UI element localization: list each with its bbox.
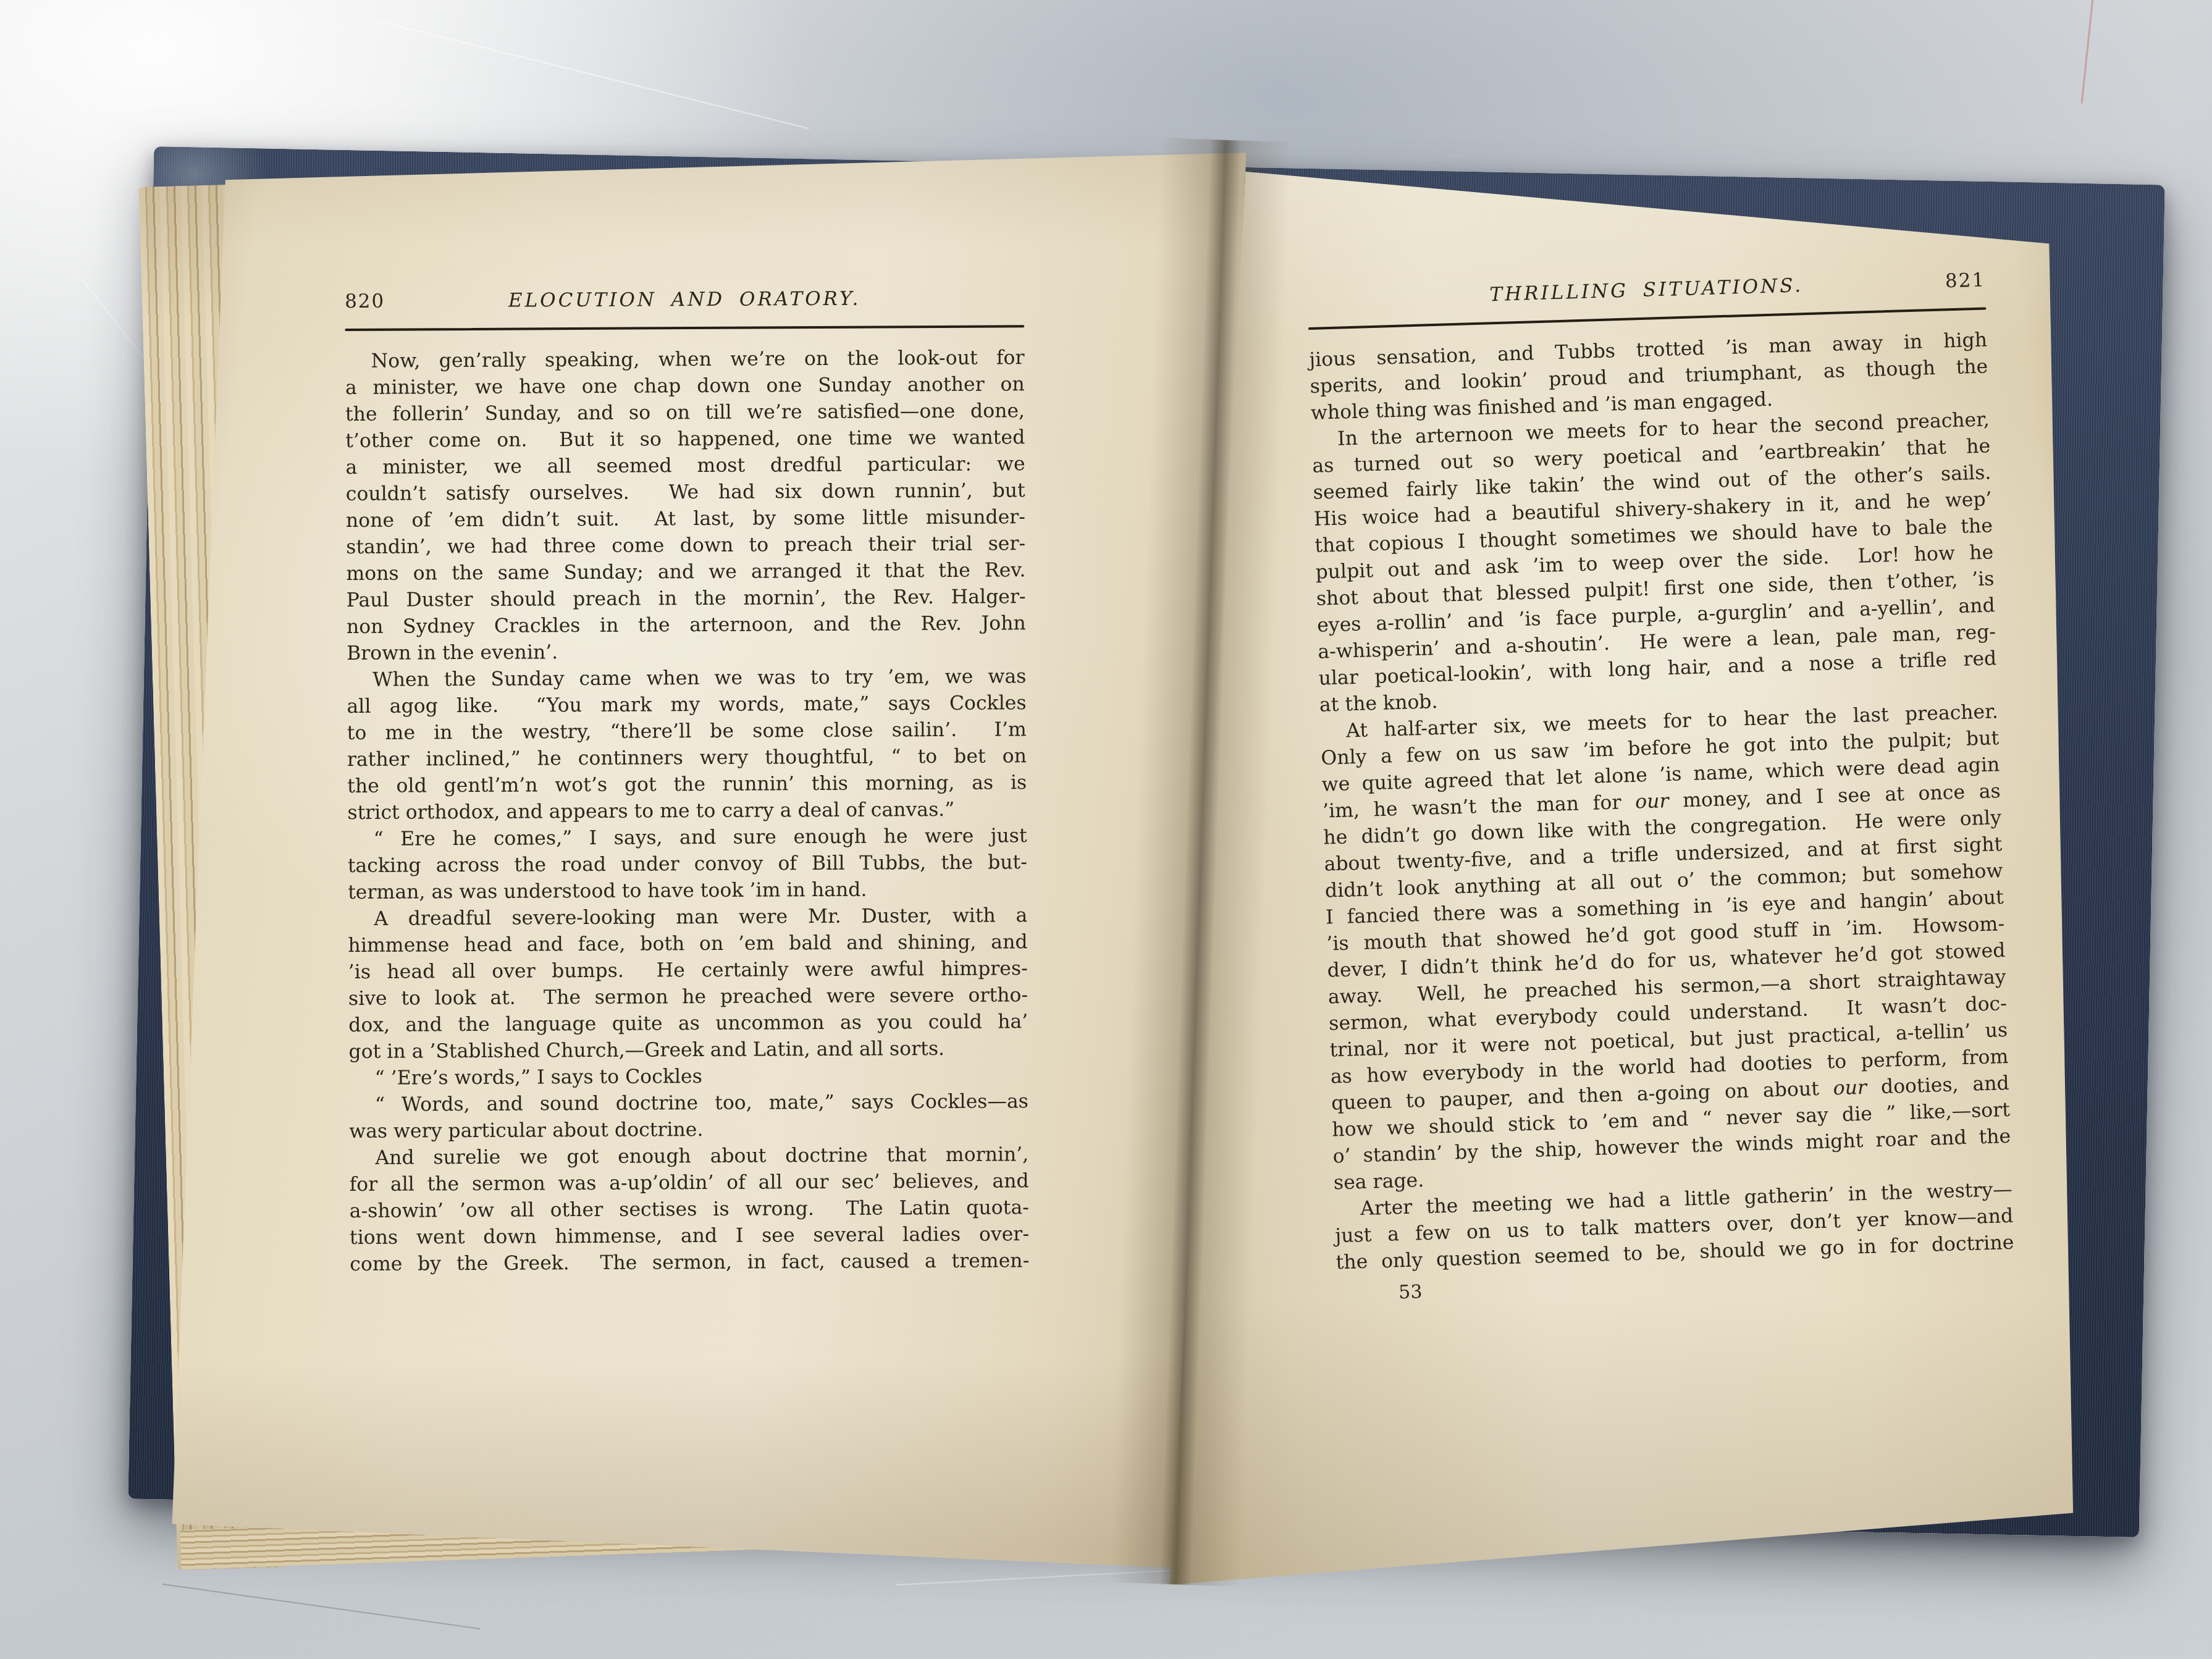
text-line: a minister, we have one chap down one Su… — [345, 371, 1025, 401]
header-spacer — [944, 304, 1024, 304]
text-line: sive to look at. The sermon he preached … — [348, 982, 1028, 1012]
text-line: to me in the westry, “there’ll be some c… — [347, 716, 1027, 747]
text-line: t’other come on. But it so happened, one… — [345, 424, 1025, 455]
right-page-print: THRILLING SITUATIONS. 821 jious sensatio… — [1307, 269, 2015, 1308]
text-line: all agog like. “You mark my words, mate,… — [347, 690, 1026, 720]
text-line: Paul Duster should preach in the mornin’… — [347, 584, 1026, 614]
text-line: non Sydney Crackles in the arternoon, an… — [347, 610, 1026, 640]
text-line: Now, gen’rally speaking, when we’re on t… — [345, 345, 1024, 375]
book-photo: { "colors": { "surface_gray": "#cbd0d4",… — [0, 0, 2212, 1659]
text-line: strict orthodox, and appears to me to ca… — [347, 796, 1027, 826]
text-line: mons on the same Sunday; and we arranged… — [346, 557, 1025, 587]
left-page-header: 820 ELOCUTION AND ORATORY. — [345, 287, 1024, 320]
text-line: a-showin’ ’ow all other sectises is wron… — [350, 1195, 1029, 1225]
text-line: was wery particular about doctrine. — [349, 1115, 1028, 1145]
left-page-number: 820 — [345, 290, 425, 313]
header-rule — [345, 325, 1024, 331]
text-line: a minister, we all seemed most dredful p… — [345, 451, 1025, 481]
surface-scratch — [377, 20, 809, 129]
left-page-print: 820 ELOCUTION AND ORATORY. Now, gen’rall… — [345, 287, 1029, 1278]
text-line: tions went down himmense, and I see seve… — [350, 1221, 1029, 1251]
left-page-body: Now, gen’rally speaking, when we’re on t… — [345, 345, 1029, 1278]
text-line: none of ’em didn’t suit. At last, by som… — [346, 504, 1025, 534]
text-line: rather inclined,” he continners wery tho… — [347, 743, 1027, 773]
text-line: A dreadful severe-looking man were Mr. D… — [348, 902, 1027, 933]
surface-scratch — [162, 1584, 480, 1629]
text-line: himmense head and face, both on ’em bald… — [348, 929, 1027, 959]
text-line: couldn’t satisfy ourselves. We had six d… — [346, 477, 1025, 508]
right-page-body: jious sensation, and Tubbs trotted ’is m… — [1309, 327, 2014, 1276]
right-page: THRILLING SITUATIONS. 821 jious sensatio… — [1166, 146, 2088, 1585]
text-line: ’is head all over bumps. He certainly we… — [348, 955, 1028, 986]
header-spacer — [1308, 304, 1388, 306]
text-line: standin’, we had three come down to prea… — [346, 531, 1025, 561]
surface-scratch — [2081, 0, 2095, 104]
right-page-number: 821 — [1905, 269, 1986, 293]
text-line: dox, and the language quite as uncommon … — [348, 1009, 1028, 1039]
left-page: 820 ELOCUTION AND ORATORY. Now, gen’rall… — [166, 147, 1254, 1574]
text-line: got in a ’Stablished Church,—Greek and L… — [348, 1035, 1028, 1065]
text-line: “ ’Ere’s words,” I says to Cockles — [349, 1062, 1028, 1092]
text-line: the follerin’ Sunday, and so on till we’… — [345, 398, 1025, 428]
text-line: come by the Greek. The sermon, in fact, … — [350, 1248, 1029, 1278]
text-line: tacking across the road under convoy of … — [348, 849, 1027, 880]
text-line: When the Sunday came when we was to try … — [347, 663, 1026, 694]
text-line: terman, as was understood to have took ’… — [348, 876, 1027, 906]
text-line: for all the sermon was a-up’oldin’ of al… — [349, 1168, 1028, 1198]
text-line: the old gentl’m’n wot’s got the runnin’ … — [347, 770, 1027, 800]
text-line: And surelie we got enough about doctrine… — [349, 1141, 1028, 1172]
text-line: Brown in the evenin’. — [347, 637, 1026, 667]
right-running-title: THRILLING SITUATIONS. — [1387, 271, 1906, 309]
left-running-title: ELOCUTION AND ORATORY. — [425, 287, 944, 312]
text-line: “ Ere he comes,” I says, and sure enough… — [348, 823, 1027, 853]
text-line: “ Words, and sound doctrine too, mate,” … — [349, 1088, 1028, 1119]
